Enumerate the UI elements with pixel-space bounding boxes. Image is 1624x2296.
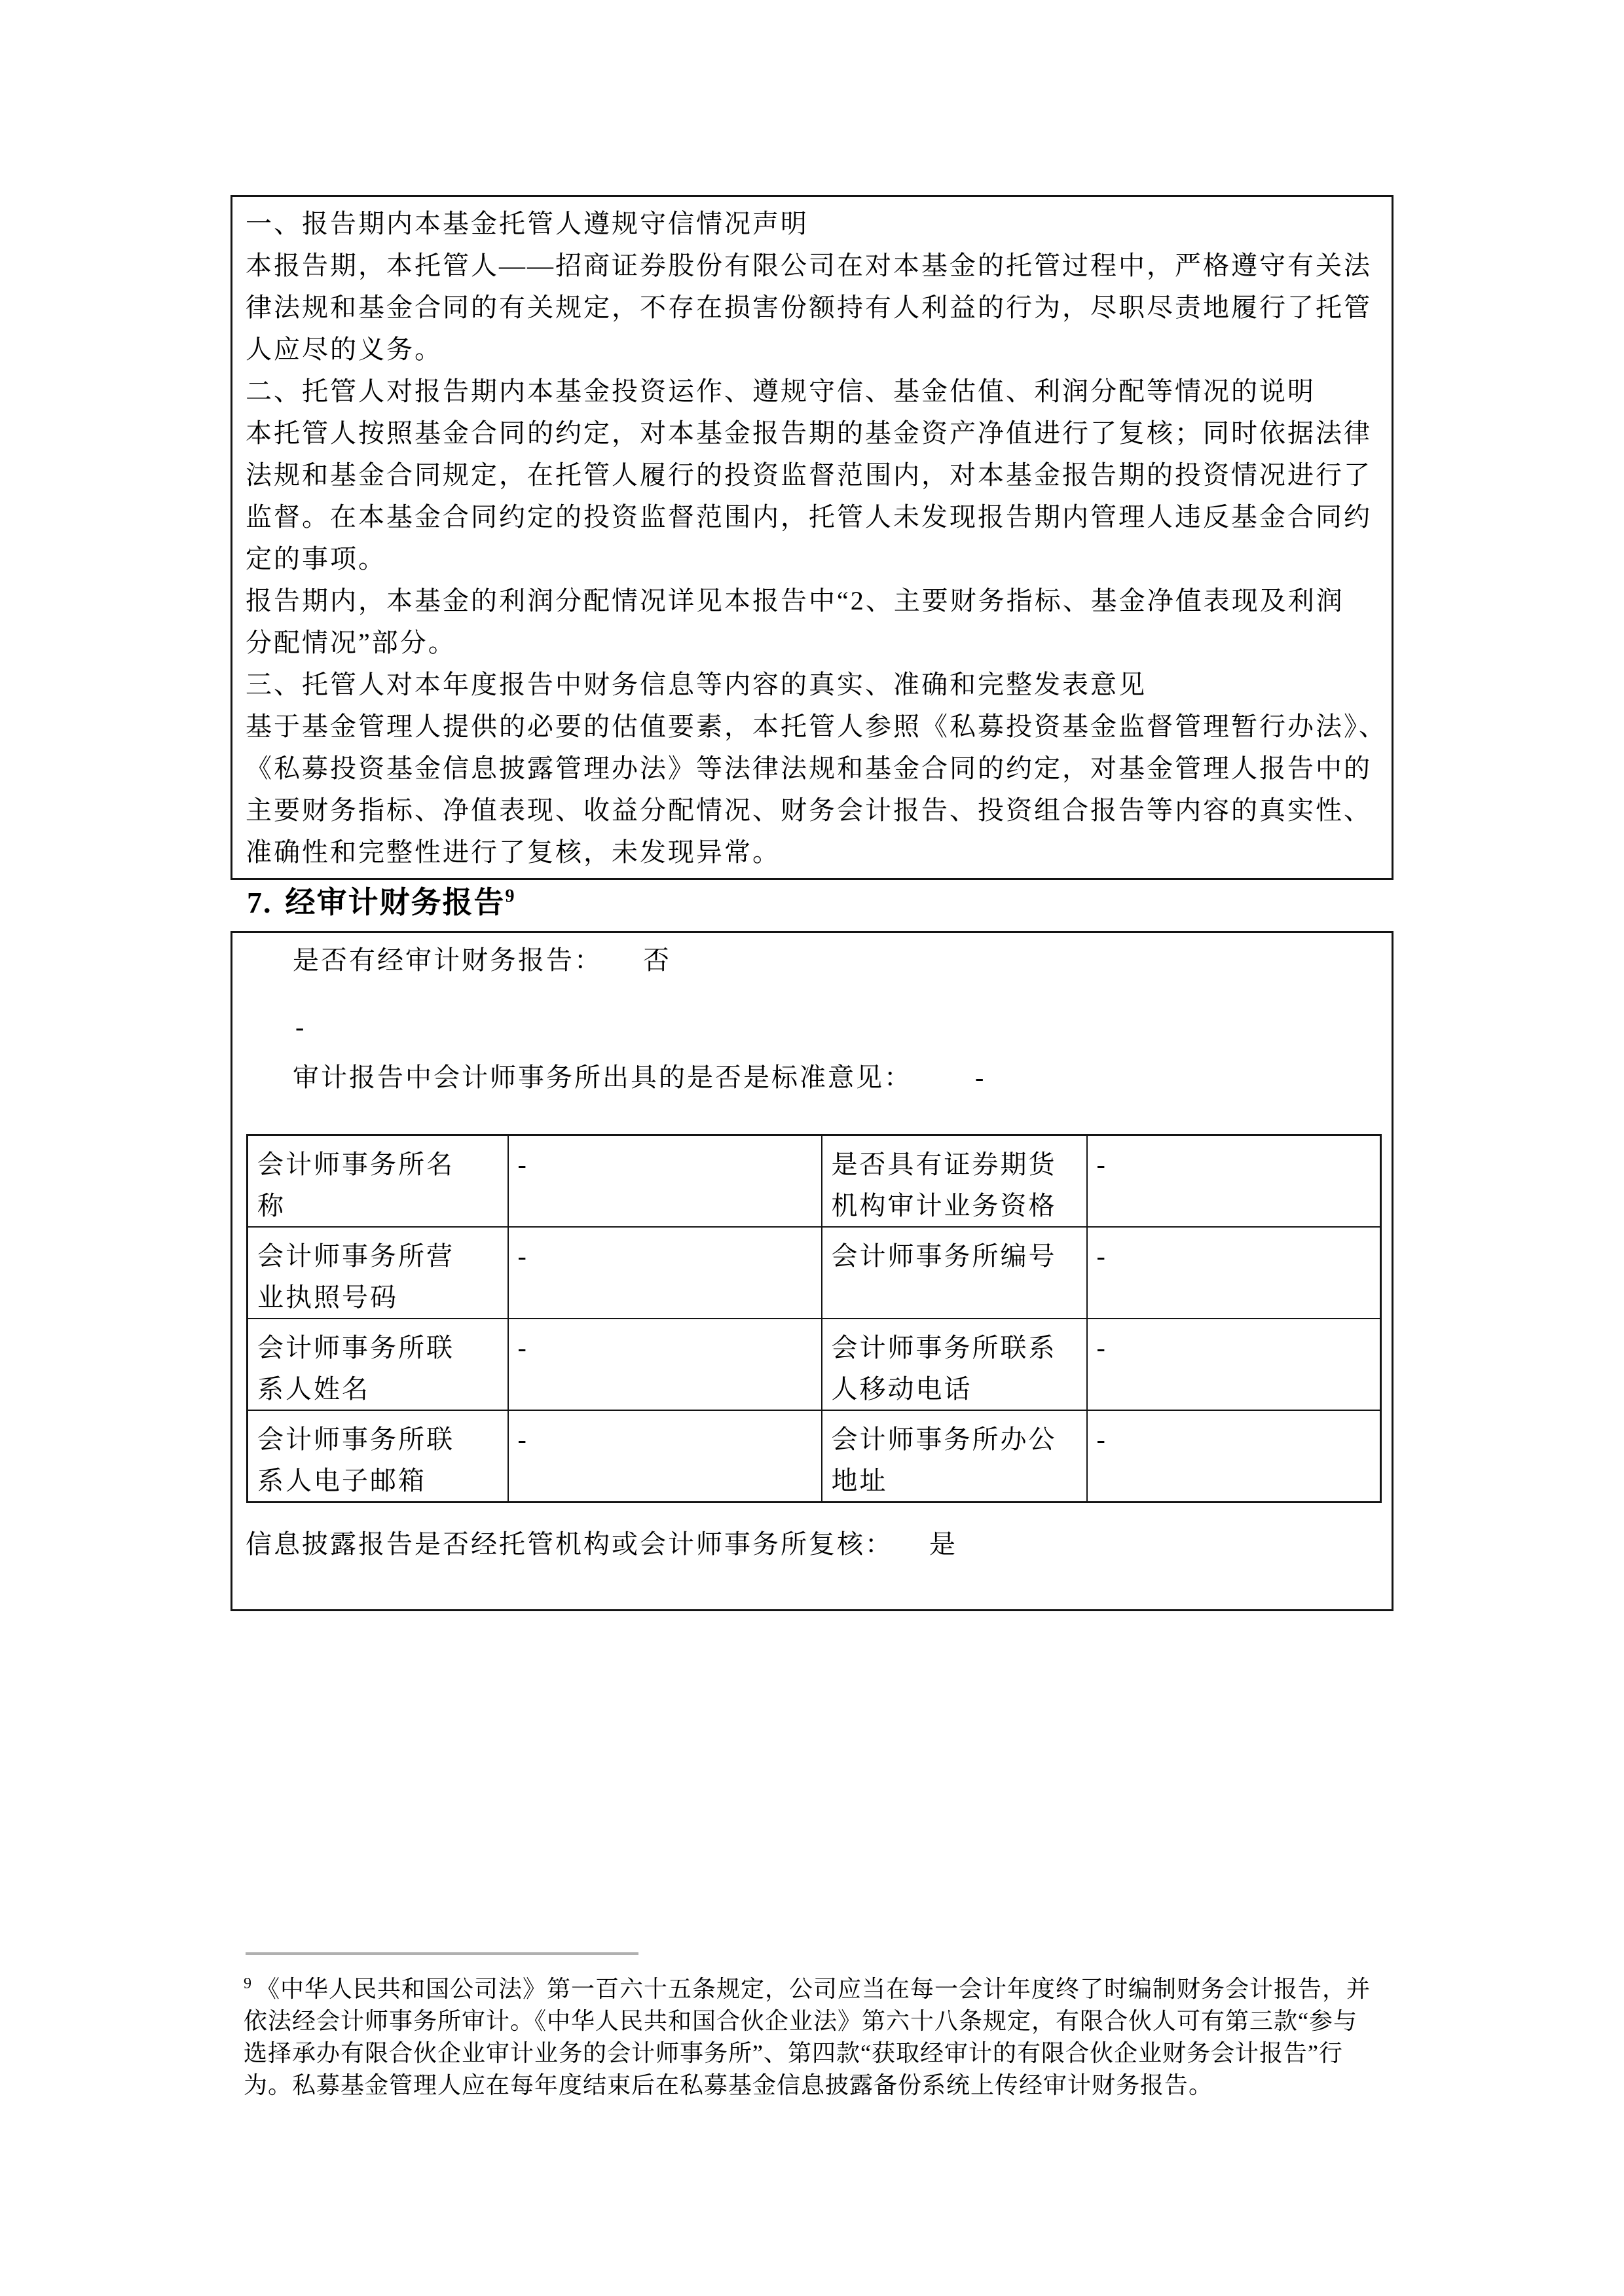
firm-license-label-cell: 会计师事务所营业执照号码	[248, 1227, 508, 1319]
section-7-footnote-ref: 9	[506, 886, 516, 907]
footnote-line: 依法经会计师事务所审计。《中华人民共和国合伙企业法》第六十八条规定，有限合伙人可…	[244, 2005, 1371, 2037]
contact-name-value-cell: -	[508, 1319, 822, 1410]
section-7-number: 7.	[247, 886, 272, 919]
footnote-divider	[246, 1952, 638, 1955]
disclosure-reviewed-value: 是	[929, 1529, 957, 1559]
firm-number-value-cell: -	[1087, 1227, 1381, 1319]
standard-opinion-line: 审计报告中会计师事务所出具的是否是标准意见：-	[293, 1057, 986, 1099]
contact-email-value-cell: -	[508, 1410, 822, 1503]
footnote-marker: 9	[244, 1975, 252, 1992]
custodian-line: 定的事项。	[246, 538, 1375, 580]
office-address-value-cell: -	[1087, 1410, 1381, 1503]
custodian-line: 法规和基金合同规定，在托管人履行的投资监督范围内，对本基金报告期的投资情况进行了	[246, 454, 1375, 496]
table-row: 会计师事务所名称 - 是否具有证券期货机构审计业务资格 -	[248, 1135, 1381, 1228]
office-address-label-cell: 会计师事务所办公地址	[822, 1410, 1087, 1503]
custodian-line: 基于基金管理人提供的必要的估值要素，本托管人参照《私募投资基金监督管理暂行办法》…	[246, 706, 1375, 748]
securities-futures-qualification-label-cell: 是否具有证券期货机构审计业务资格	[822, 1135, 1087, 1228]
table-row: 会计师事务所联系人电子邮箱 - 会计师事务所办公地址 -	[248, 1410, 1381, 1503]
document-page: 一、报告期内本基金托管人遵规守信情况声明 本报告期，本托管人——招商证券股份有限…	[0, 0, 1624, 2296]
securities-futures-qualification-value-cell: -	[1087, 1135, 1381, 1228]
contact-phone-label-cell: 会计师事务所联系人移动电话	[822, 1319, 1087, 1410]
firm-name-label-cell: 会计师事务所名称	[248, 1135, 508, 1228]
custodian-line: 一、报告期内本基金托管人遵规守信情况声明	[246, 203, 1375, 245]
has-audited-report-value: 否	[643, 945, 671, 975]
table-row: 会计师事务所营业执照号码 - 会计师事务所编号 -	[248, 1227, 1381, 1319]
footnote: 9《中华人民共和国公司法》第一百六十五条规定，公司应当在每一会计年度终了时编制财…	[244, 1973, 1371, 2102]
footnote-line: 9《中华人民共和国公司法》第一百六十五条规定，公司应当在每一会计年度终了时编制财…	[244, 1973, 1371, 2005]
disclosure-reviewed-line: 信息披露报告是否经托管机构或会计师事务所复核：是	[246, 1523, 957, 1565]
contact-email-label-cell: 会计师事务所联系人电子邮箱	[248, 1410, 508, 1503]
table-row: 会计师事务所联系人姓名 - 会计师事务所联系人移动电话 -	[248, 1319, 1381, 1410]
custodian-line: 三、托管人对本年度报告中财务信息等内容的真实、准确和完整发表意见	[246, 664, 1375, 706]
audited-report-box: 是否有经审计财务报告：否 - 审计报告中会计师事务所出具的是否是标准意见：- 会…	[231, 931, 1393, 1611]
custodian-line: 《私募投资基金信息披露管理办法》等法律法规和基金合同的约定，对基金管理人报告中的	[246, 748, 1375, 790]
has-audited-report-label: 是否有经审计财务报告：	[293, 945, 602, 975]
firm-license-value-cell: -	[508, 1227, 822, 1319]
contact-phone-value-cell: -	[1087, 1319, 1381, 1410]
firm-number-label-cell: 会计师事务所编号	[822, 1227, 1087, 1319]
custodian-statement-box: 一、报告期内本基金托管人遵规守信情况声明 本报告期，本托管人——招商证券股份有限…	[231, 195, 1393, 880]
section-7-heading: 7.经审计财务报告9	[247, 884, 516, 921]
standard-opinion-value: -	[975, 1063, 986, 1092]
custodian-line: 本报告期，本托管人——招商证券股份有限公司在对本基金的托管过程中，严格遵守有关法	[246, 245, 1375, 287]
custodian-line: 准确性和完整性进行了复核，未发现异常。	[246, 831, 1375, 873]
custodian-line: 报告期内，本基金的利润分配情况详见本报告中“2、主要财务指标、基金净值表现及利润	[246, 580, 1375, 622]
custodian-line: 人应尽的义务。	[246, 329, 1375, 371]
section-7-title: 经审计财务报告	[286, 886, 506, 919]
disclosure-reviewed-label: 信息披露报告是否经托管机构或会计师事务所复核：	[246, 1529, 893, 1559]
custodian-line: 本托管人按照基金合同的约定，对本基金报告期的基金资产净值进行了复核；同时依据法律	[246, 412, 1375, 454]
footnote-line: 选择承办有限合伙企业审计业务的会计师事务所”、第四款“获取经审计的有限合伙企业财…	[244, 2037, 1371, 2069]
firm-name-value-cell: -	[508, 1135, 822, 1228]
dash-placeholder-line: -	[295, 1006, 306, 1048]
custodian-line: 二、托管人对报告期内本基金投资运作、遵规守信、基金估值、利润分配等情况的说明	[246, 371, 1375, 412]
custodian-line: 监督。在本基金合同约定的投资监督范围内，托管人未发现报告期内管理人违反基金合同约	[246, 496, 1375, 538]
accounting-firm-table: 会计师事务所名称 - 是否具有证券期货机构审计业务资格 - 会计师事务所营业执照…	[246, 1134, 1382, 1503]
contact-name-label-cell: 会计师事务所联系人姓名	[248, 1319, 508, 1410]
has-audited-report-line: 是否有经审计财务报告：否	[293, 939, 671, 981]
custodian-line: 分配情况”部分。	[246, 622, 1375, 664]
custodian-line: 律法规和基金合同的有关规定，不存在损害份额持有人利益的行为，尽职尽责地履行了托管	[246, 287, 1375, 329]
custodian-line: 主要财务指标、净值表现、收益分配情况、财务会计报告、投资组合报告等内容的真实性、	[246, 790, 1375, 831]
footnote-line: 为。私募基金管理人应在每年度结束后在私募基金信息披露备份系统上传经审计财务报告。	[244, 2069, 1371, 2102]
standard-opinion-label: 审计报告中会计师事务所出具的是否是标准意见：	[293, 1063, 912, 1092]
